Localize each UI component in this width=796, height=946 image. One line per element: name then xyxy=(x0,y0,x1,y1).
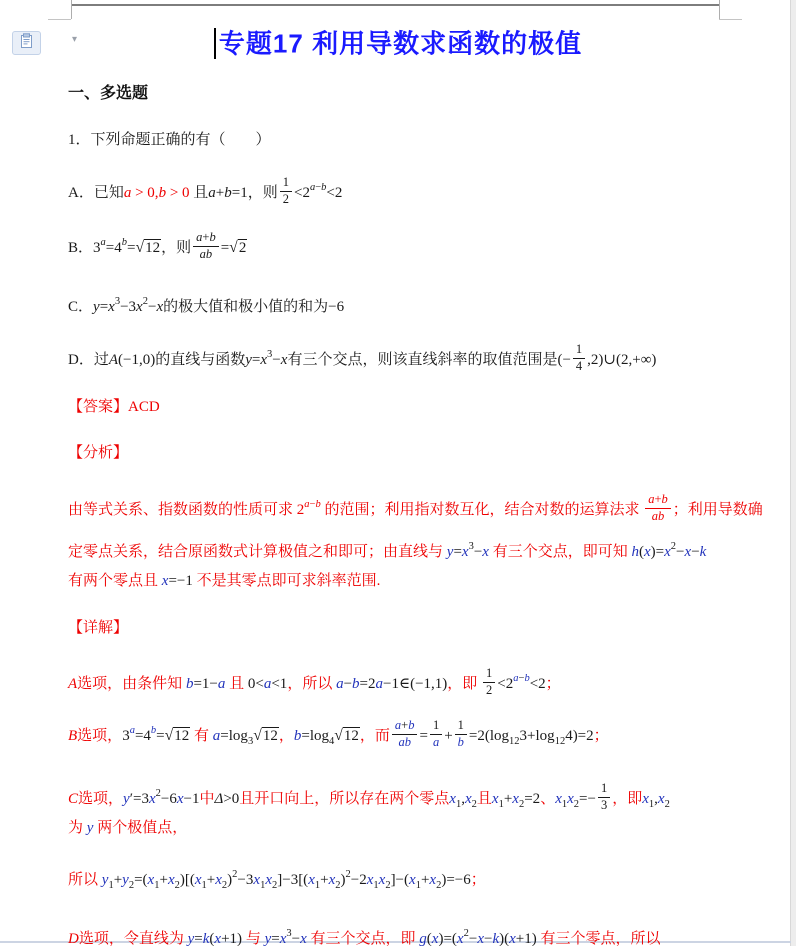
section-heading: 一、多选题 xyxy=(68,80,148,103)
margin-corner-mark-right xyxy=(719,0,720,19)
option-d-line: D．过A(−1,0)的直线与函数y=x3−x有三个交点，则该直线斜率的取值范围是… xyxy=(68,335,656,375)
solution-option-a-line: A选项，由条件知 b=1−a 且 0<a<1，所以 a−b=2a−1∈(−1,1… xyxy=(68,659,561,699)
analysis-line-1: 由等式关系、指数函数的性质可求 2a−b 的范围；利用指对数互化，结合对数的运算… xyxy=(68,485,763,525)
solution-option-b-line: B选项，3a=4b=√12 有 a=log3√12，b=log4√12，而a+b… xyxy=(68,711,609,751)
option-c-line: C．y=x3−3x2−x的极大值和极小值的和为−6 xyxy=(68,282,344,322)
document-page: ▾ 专题17 利用导数求函数的极值 一、多选题 1．下列命题正确的有（ ） A．… xyxy=(0,0,796,946)
margin-corner-mark-left-h xyxy=(48,19,71,20)
text-cursor xyxy=(214,28,216,59)
option-b-line: B．3a=4b=√12，则a+bab=√2 xyxy=(68,223,247,263)
detail-label-line: 【详解】 xyxy=(68,608,128,648)
margin-corner-mark-right-h xyxy=(719,19,742,20)
option-a-line: A．已知a > 0,b > 0 且a+b=1，则12<2a−b<2 xyxy=(68,168,342,208)
analysis-line-3: 有两个零点且 x=−1 不是其零点即可求斜率范围. xyxy=(68,561,380,601)
solution-option-c-line-2: 为 y 两个极值点， xyxy=(68,808,187,848)
page-title: 专题17 利用导数求函数的极值 xyxy=(219,28,582,58)
page-top-edge xyxy=(72,4,719,6)
solution-option-d-line: D选项，令直线为 y=k(x+1) 与 y=x3−x 有三个交点，即 g(x)=… xyxy=(68,914,661,946)
question-1-stem: 1．下列命题正确的有（ ） xyxy=(68,120,271,160)
analysis-label-line: 【分析】 xyxy=(68,433,128,473)
scrollbar-track[interactable] xyxy=(790,0,796,946)
margin-corner-mark-left xyxy=(71,0,72,19)
solution-sum-line: 所以 y1+y2=(x1+x2)[(x1+x2)2−3x1x2]−3[(x1+x… xyxy=(68,855,486,895)
document-title-row: 专题17 利用导数求函数的极值 xyxy=(0,26,796,60)
answer-line: 【答案】ACD xyxy=(68,387,160,427)
